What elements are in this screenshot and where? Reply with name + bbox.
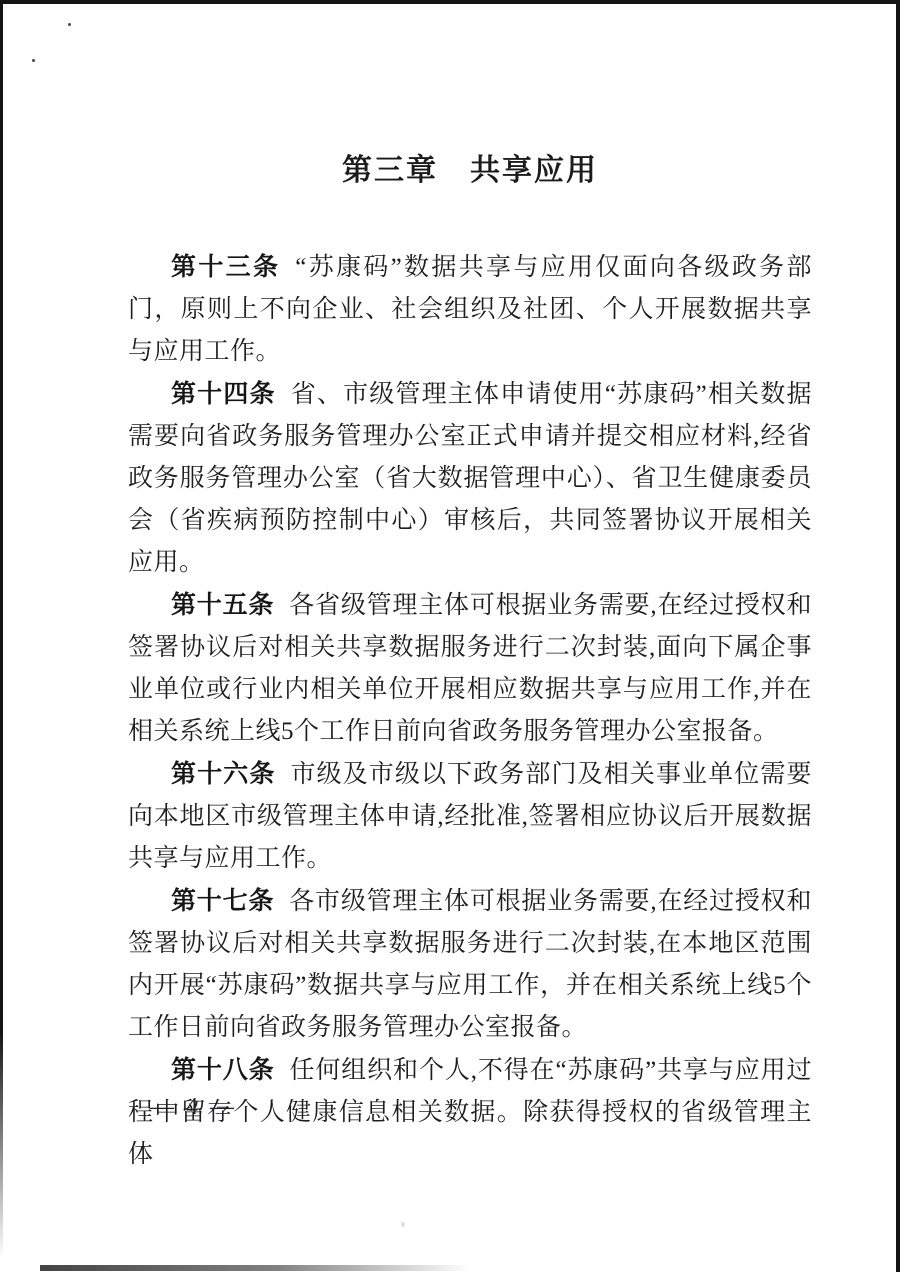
scan-edge-right [896, 0, 900, 1272]
article-number-15: 第十五条 [171, 591, 274, 619]
document-body: 第三章 共享应用 第十三条“苏康码”数据共享与应用仅面向各级政务部门，原则上不向… [128, 0, 812, 1176]
scan-speck [401, 1222, 405, 1227]
article-number-13: 第十三条 [171, 253, 280, 281]
article-paragraph-17: 第十七条各市级管理主体可根据业务需要,在经过授权和签署协议后对相关共享数据服务进… [128, 880, 812, 1049]
scanned-document-page: 第三章 共享应用 第十三条“苏康码”数据共享与应用仅面向各级政务部门，原则上不向… [0, 0, 900, 1272]
scan-edge-bottom [40, 1265, 470, 1271]
scan-speck [32, 59, 35, 62]
scan-edge-left [0, 0, 3, 1258]
article-number-16: 第十六条 [171, 760, 275, 788]
scan-speck [68, 23, 71, 26]
article-paragraph-16: 第十六条市级及市级以下政务部门及相关事业单位需要向本地区市级管理主体申请,经批准… [128, 753, 812, 880]
article-paragraph-14: 第十四条省、市级管理主体申请使用“苏康码”相关数据需要向省政务服务管理办公室正式… [128, 373, 812, 584]
chapter-title: 第三章 共享应用 [128, 152, 812, 190]
page-number: — 4 — [150, 1094, 237, 1121]
article-text-14: 省、市级管理主体申请使用“苏康码”相关数据需要向省政务服务管理办公室正式申请并提… [128, 381, 812, 576]
article-paragraph-13: 第十三条“苏康码”数据共享与应用仅面向各级政务部门，原则上不向企业、社会组织及社… [128, 246, 812, 373]
article-number-17: 第十七条 [171, 887, 274, 915]
article-number-18: 第十八条 [171, 1056, 275, 1084]
article-number-14: 第十四条 [171, 380, 276, 408]
article-paragraph-15: 第十五条各省级管理主体可根据业务需要,在经过授权和签署协议后对相关共享数据服务进… [128, 584, 812, 753]
